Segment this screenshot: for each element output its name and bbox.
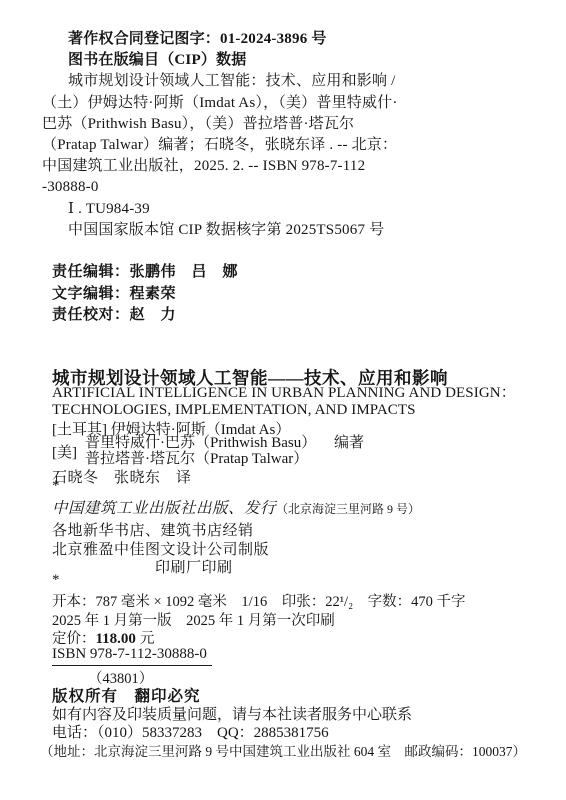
cip-header: 图书在版编目（CIP）数据	[42, 50, 547, 71]
author-role: 编著	[334, 435, 364, 451]
cip-paragraph-line: 城市规划设计领域人工智能：技术、应用和影响 /	[42, 71, 547, 92]
nationality-bracket: [美]	[52, 441, 77, 462]
cip-paragraph-line: 巴苏（Prithwish Basu），（美）普拉塔普·塔瓦尔	[42, 114, 547, 135]
cip-paragraph-line: 中国建筑工业出版社，2025. 2. -- ISBN 978-7-112	[42, 156, 547, 177]
staff-block: 责任编辑：张鹏伟 吕 娜 文字编辑：程素荣 责任校对：赵 力	[52, 262, 238, 327]
price-line: 定价：118.00元	[52, 627, 154, 648]
proofreader-line: 责任校对：赵 力	[52, 305, 238, 327]
author-us-1: 普里特威什·巴苏（Prithwish Basu）	[85, 435, 316, 451]
cip-data-block: 著作权合同登记图字：01-2024-3896 号 图书在版编目（CIP）数据 城…	[42, 29, 547, 241]
section-divider-star: *	[52, 572, 60, 589]
classification-code: Ⅰ . TU984-39	[42, 199, 547, 220]
registration-line: 著作权合同登记图字：01-2024-3896 号	[42, 29, 547, 50]
cip-record-number: 中国国家版本馆 CIP 数据核字第 2025TS5067 号	[42, 220, 547, 241]
contact-line: 电话：（010）58337283 QQ：2885381756	[52, 721, 329, 742]
book-copyright-page: 著作权合同登记图字：01-2024-3896 号 图书在版编目（CIP）数据 城…	[0, 0, 566, 800]
translators-line: 石晓冬 张晓东 译	[52, 466, 192, 487]
printer-line: 印刷厂印刷	[155, 556, 233, 577]
price-value: 118.00	[96, 631, 136, 647]
publisher-name: 中国建筑工业出版社出版、发行	[52, 500, 276, 517]
book-title-en: ARTIFICIAL INTELLIGENCE IN URBAN PLANNIN…	[52, 385, 516, 420]
cip-paragraph-line: （Pratap Talwar）编著；石晓冬，张晓东译 . -- 北京：	[42, 135, 547, 156]
distribution-line: 各地新华书店、建筑书店经销	[52, 519, 254, 540]
address-line: （地址：北京海淀三里河路 9 号中国建筑工业出版社 604 室 邮政编码：100…	[40, 740, 526, 760]
text-editor-line: 文字编辑：程素荣	[52, 284, 238, 306]
cip-paragraph-line: （土）伊姆达特·阿斯（Imdat As），（美）普里特威什·	[42, 93, 547, 114]
responsible-editor-line: 责任编辑：张鹏伟 吕 娜	[52, 262, 238, 284]
price-label: 定价：	[52, 631, 96, 647]
publisher-address: （北京海淀三里河路 9 号）	[276, 502, 420, 516]
cip-paragraph-line: -30888-0	[42, 177, 547, 198]
price-unit: 元	[140, 631, 155, 647]
book-title-en-line1: ARTIFICIAL INTELLIGENCE IN URBAN PLANNIN…	[52, 385, 516, 402]
author-us-group: [美] 普里特威什·巴苏（Prithwish Basu） 编著 普拉塔普·塔瓦尔…	[52, 435, 364, 468]
author-us-rows: 普里特威什·巴苏（Prithwish Basu） 编著 普拉塔普·塔瓦尔（Pra…	[85, 435, 364, 468]
author-us-line1: 普里特威什·巴苏（Prithwish Basu） 编著	[85, 435, 364, 451]
publisher-line: 中国建筑工业出版社出版、发行（北京海淀三里河路 9 号）	[52, 496, 420, 518]
section-divider-star: *	[52, 478, 60, 495]
format-spec-line: 开本：787 毫米 × 1092 毫米 1/16 印张：22¹/₂ 字数：470…	[52, 590, 466, 611]
isbn-line: ISBN 978-7-112-30888-0	[52, 646, 212, 666]
